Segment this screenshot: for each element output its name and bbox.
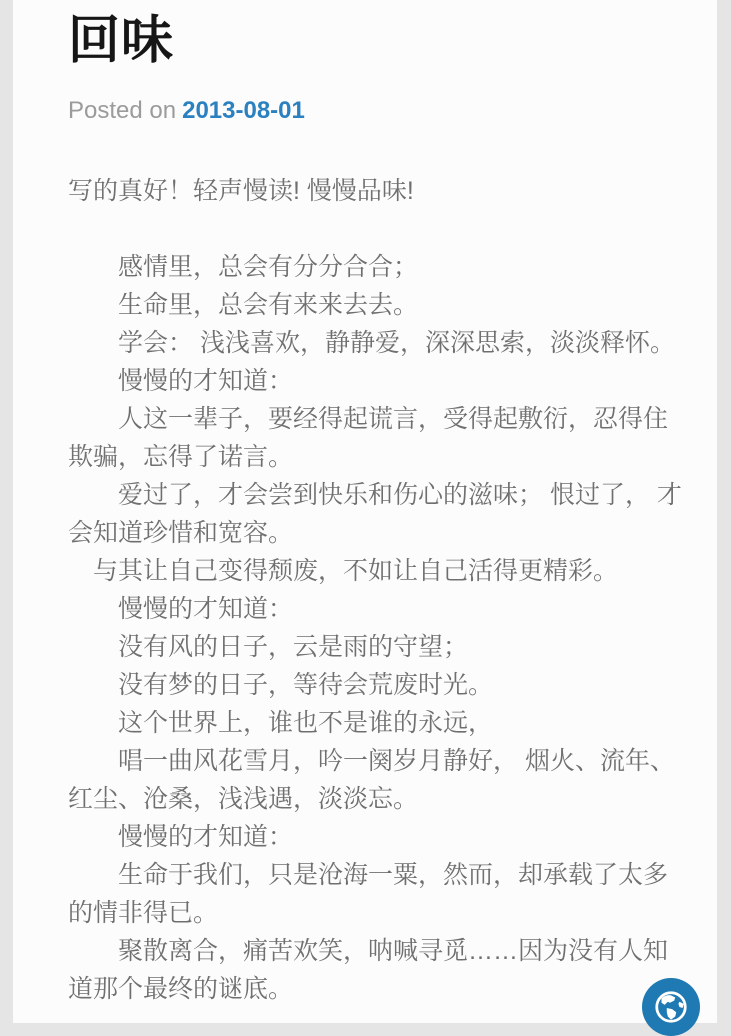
- globe-button[interactable]: [642, 978, 700, 1023]
- page-title: 回味: [68, 10, 683, 72]
- posted-on: Posted on2013-08-01: [68, 96, 683, 126]
- poem-line: 唱一曲风花雪月，吟一阕岁月静好， 烟火、流年、红尘、沧桑，浅浅遇，淡淡忘。: [68, 742, 683, 818]
- poem-line: 学会： 浅浅喜欢，静静爱，深深思索，淡淡释怀。: [68, 324, 683, 362]
- globe-icon: [652, 988, 690, 1023]
- poem-line: 慢慢的才知道：: [68, 590, 683, 628]
- article-page: 回味 Posted on2013-08-01 写的真好！轻声慢读! 慢慢品味! …: [13, 0, 717, 1023]
- poem-line: 生命里，总会有来来去去。: [68, 286, 683, 324]
- intro-paragraph: 写的真好！轻声慢读! 慢慢品味!: [68, 172, 683, 210]
- poem-body: 感情里，总会有分分合合； 生命里，总会有来来去去。 学会： 浅浅喜欢，静静爱，深…: [68, 248, 683, 1008]
- poem-line: 人这一辈子，要经得起谎言，受得起敷衍，忍得住欺骗，忘得了诺言。: [68, 400, 683, 476]
- poem-line: 这个世界上，谁也不是谁的永远，: [68, 704, 683, 742]
- poem-line: 慢慢的才知道：: [68, 818, 683, 856]
- poem-line: 与其让自己变得颓废，不如让自己活得更精彩。: [68, 552, 683, 590]
- poem-line: 感情里，总会有分分合合；: [68, 248, 683, 286]
- poem-line: 生命于我们，只是沧海一粟，然而，却承载了太多的情非得已。: [68, 856, 683, 932]
- poem-line: 聚散离合，痛苦欢笑，呐喊寻觅……因为没有人知道那个最终的谜底。: [68, 932, 683, 1008]
- poem-line: 爱过了，才会尝到快乐和伤心的滋味； 恨过了， 才会知道珍惜和宽容。: [68, 476, 683, 552]
- posted-on-label: Posted on: [68, 97, 176, 124]
- article-content: 回味 Posted on2013-08-01 写的真好！轻声慢读! 慢慢品味! …: [13, 0, 683, 1008]
- poem-line: 慢慢的才知道：: [68, 362, 683, 400]
- poem-line: 没有梦的日子，等待会荒废时光。: [68, 666, 683, 704]
- poem-line: 没有风的日子，云是雨的守望；: [68, 628, 683, 666]
- post-date-link[interactable]: 2013-08-01: [182, 97, 305, 124]
